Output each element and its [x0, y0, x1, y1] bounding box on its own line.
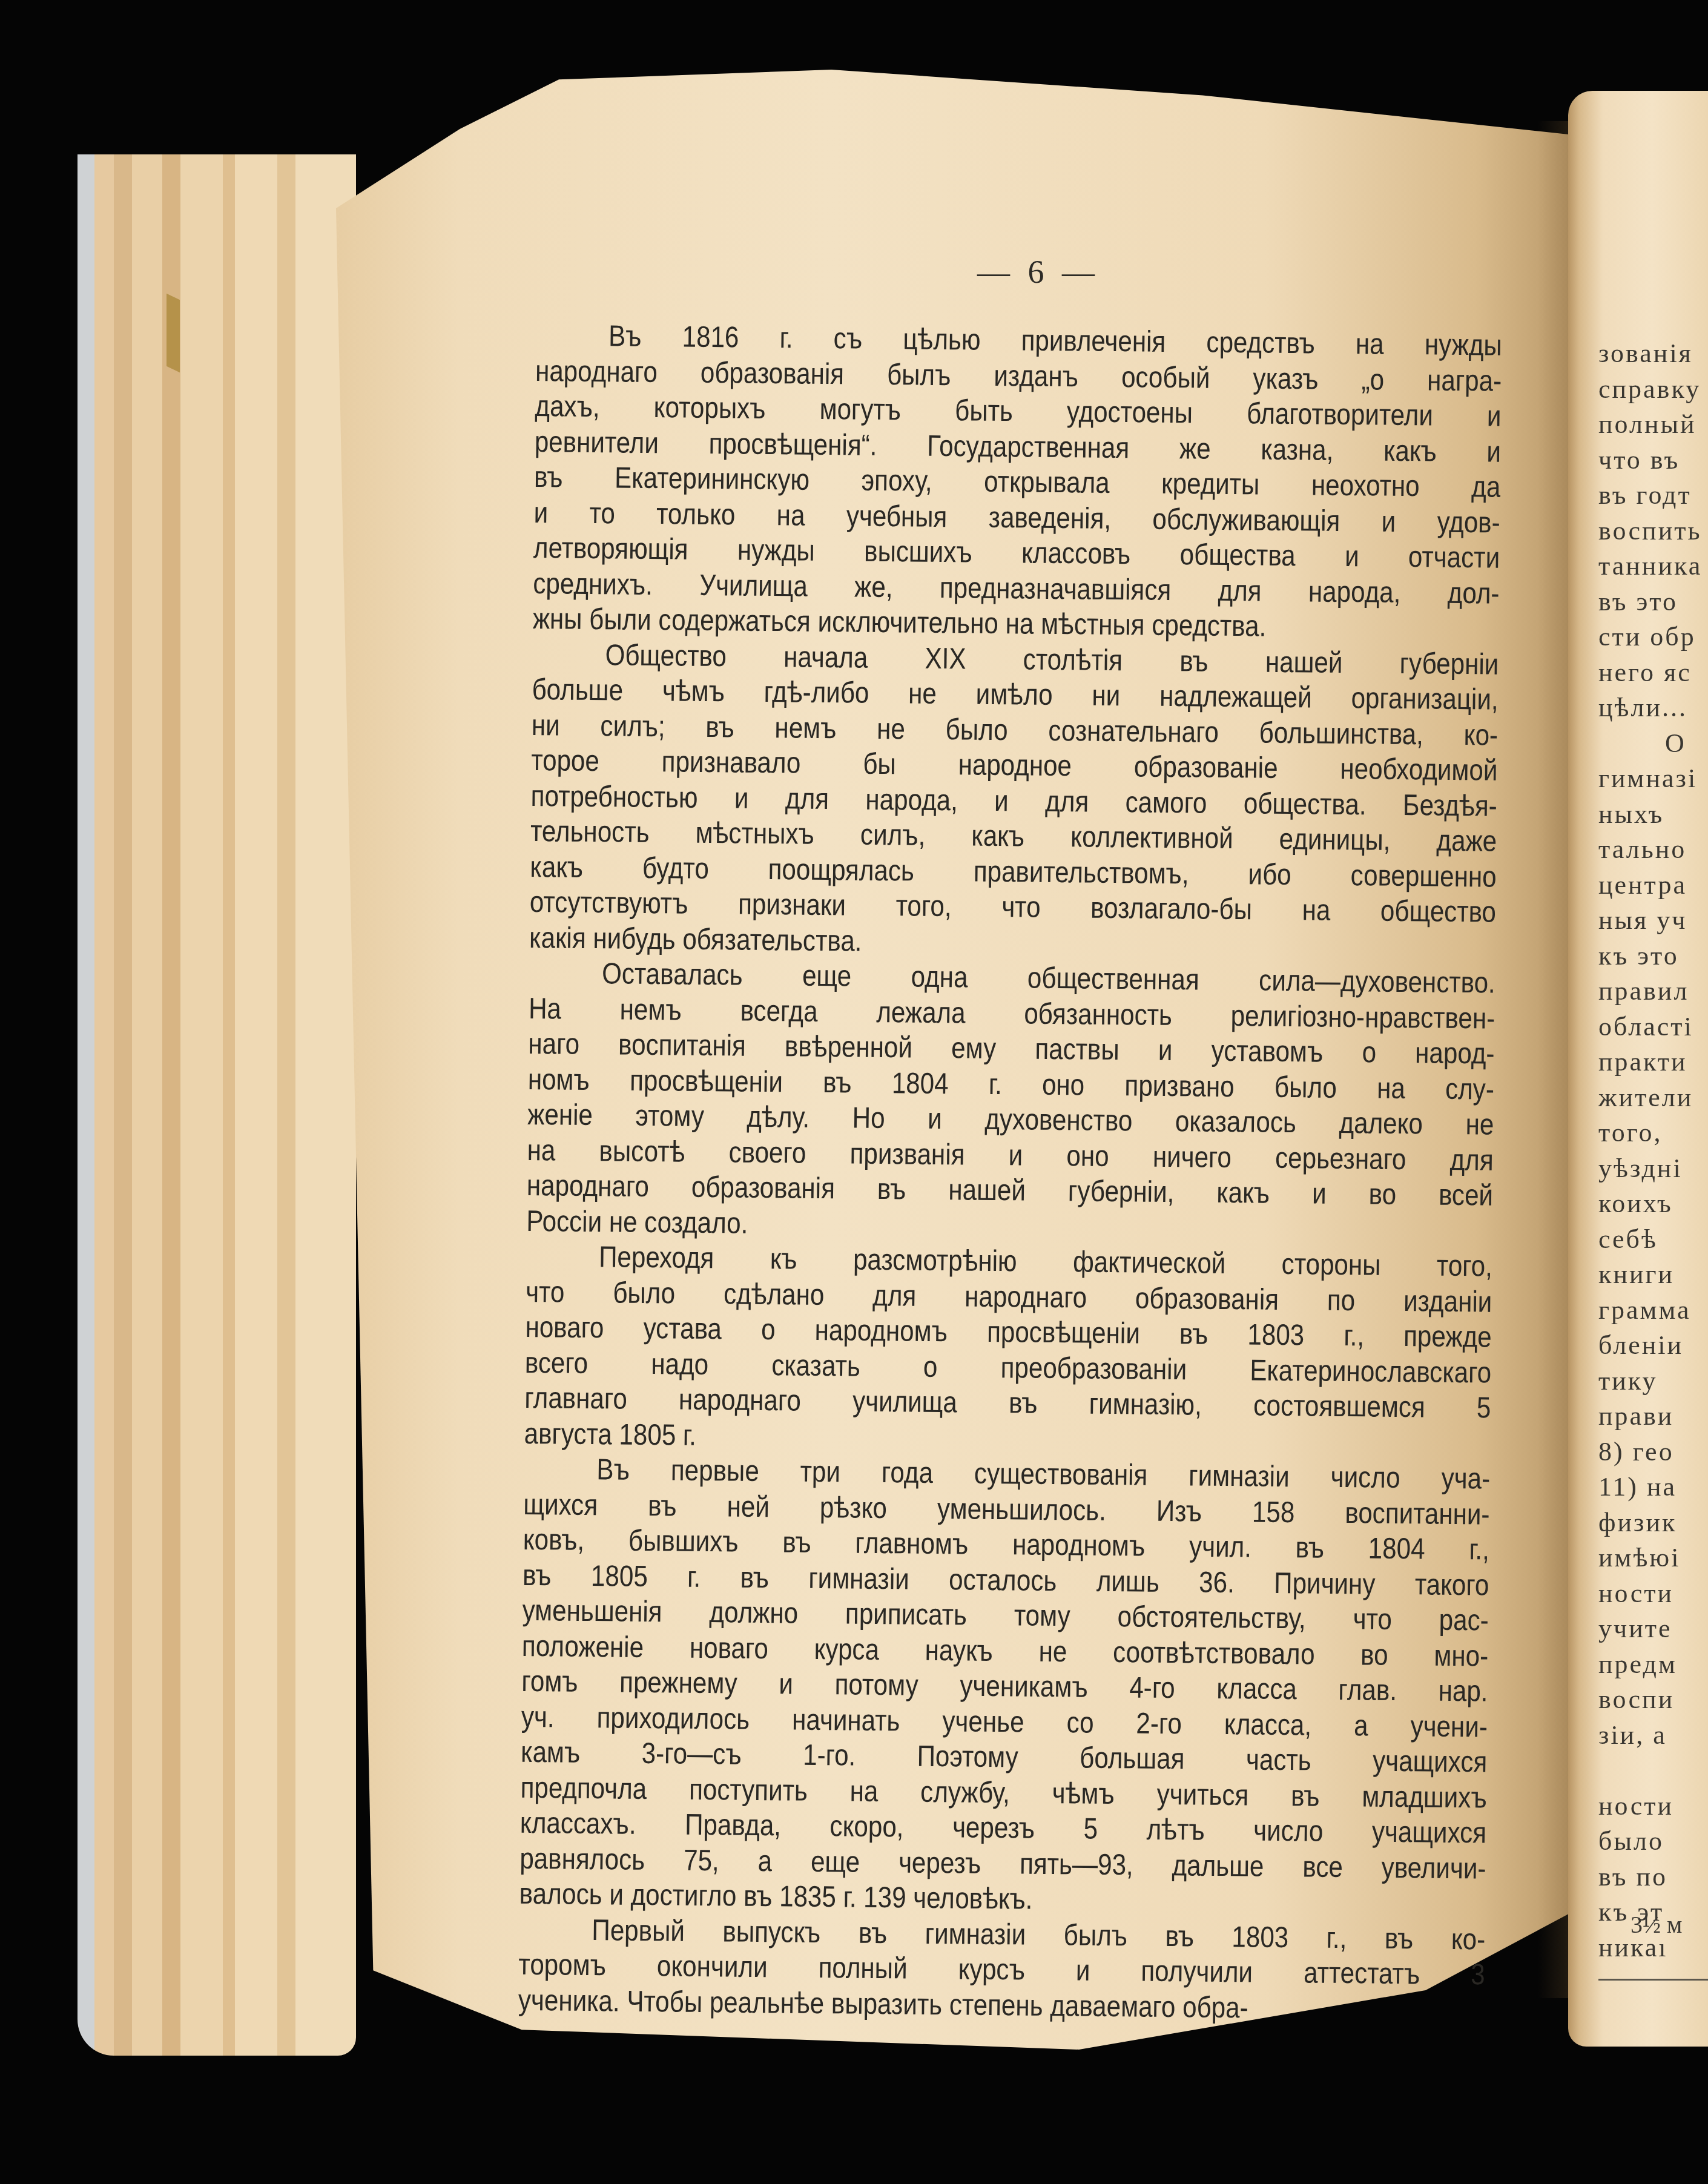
facing-text-line: воспи — [1598, 1682, 1708, 1718]
facing-text-line: къ это — [1598, 939, 1708, 974]
facing-text-line: грамма — [1598, 1293, 1708, 1328]
facing-text-line: 8) гео — [1598, 1434, 1708, 1470]
paragraph: Въ первые три года существованія гимназі… — [519, 1451, 1492, 1922]
facing-text-line: тально — [1598, 832, 1708, 868]
facing-text-line: него яс — [1598, 655, 1708, 691]
facing-text-line: центра — [1598, 868, 1708, 903]
facing-text-line: въ по — [1598, 1859, 1708, 1895]
facing-text-line: себѣ — [1598, 1222, 1708, 1258]
facing-text-line: физик — [1598, 1505, 1708, 1541]
main-text-block: Въ 1816 г. съ цѣлью привлеченія средствъ… — [518, 318, 1505, 2028]
facing-text-line: коихъ — [1598, 1186, 1708, 1222]
facing-text-line: О — [1598, 726, 1708, 762]
facing-text-line: ности — [1598, 1789, 1708, 1824]
facing-text-line: жители — [1598, 1080, 1708, 1116]
facing-text-line: предм — [1598, 1647, 1708, 1683]
facing-text-line: что въ — [1598, 443, 1708, 478]
paragraph: Переходя къ разсмотрѣнію фактической сто… — [524, 1239, 1495, 1462]
facing-text-line: того, — [1598, 1115, 1708, 1151]
facing-text-line: прави — [1598, 1399, 1708, 1434]
footnote-rule — [1598, 1979, 1708, 1981]
facing-text-line: имѣюі — [1598, 1540, 1708, 1576]
facing-text-line: полный — [1598, 407, 1708, 443]
facing-text-line: зіи, а — [1598, 1718, 1708, 1753]
facing-text-line: воспить — [1598, 513, 1708, 549]
facing-text-line: гимназі — [1598, 761, 1708, 797]
facing-text-line: 11) на — [1598, 1470, 1708, 1505]
facing-text-line: учите — [1598, 1611, 1708, 1647]
facing-page-text: зованіясправкуполныйчто въвъ годтвоспить… — [1598, 336, 1708, 1981]
bookmark-tab — [167, 294, 180, 372]
facing-text-line: книги — [1598, 1257, 1708, 1293]
paragraph: Оставалась еще одна общественная сила—ду… — [526, 955, 1498, 1249]
facing-text-line: сти обр — [1598, 619, 1708, 655]
paragraph: Общество начала XIX столѣтія въ нашей гу… — [529, 636, 1501, 965]
facing-text-line: практи — [1598, 1044, 1708, 1080]
facing-text-line: області — [1598, 1009, 1708, 1045]
facing-text-line: цѣли... — [1598, 690, 1708, 726]
facing-page-footnote: 3½ м — [1631, 1910, 1682, 1939]
facing-text-line: было — [1598, 1824, 1708, 1859]
facing-text-line: справку — [1598, 372, 1708, 407]
facing-text-line: ныя уч — [1598, 903, 1708, 939]
facing-text-line: въ годт — [1598, 478, 1708, 513]
facing-text-line: уѣздні — [1598, 1151, 1708, 1187]
facing-text-line: танника — [1598, 549, 1708, 584]
facing-text-line — [1598, 1753, 1708, 1789]
facing-text-line: зованія — [1598, 336, 1708, 372]
page-number: — 6 — — [966, 253, 1111, 291]
facing-text-line: правил — [1598, 974, 1708, 1009]
facing-text-line: тику — [1598, 1364, 1708, 1399]
page-stack-edges — [77, 154, 356, 2056]
paragraph: Первый выпускъ въ гимназіи былъ въ 1803 … — [518, 1912, 1488, 2028]
facing-text-line: ныхъ — [1598, 797, 1708, 833]
facing-text-line: въ это — [1598, 584, 1708, 620]
paragraph: Въ 1816 г. съ цѣлью привлеченія средствъ… — [532, 318, 1504, 647]
facing-text-line: ности — [1598, 1576, 1708, 1612]
facing-text-line: бленіи — [1598, 1328, 1708, 1364]
